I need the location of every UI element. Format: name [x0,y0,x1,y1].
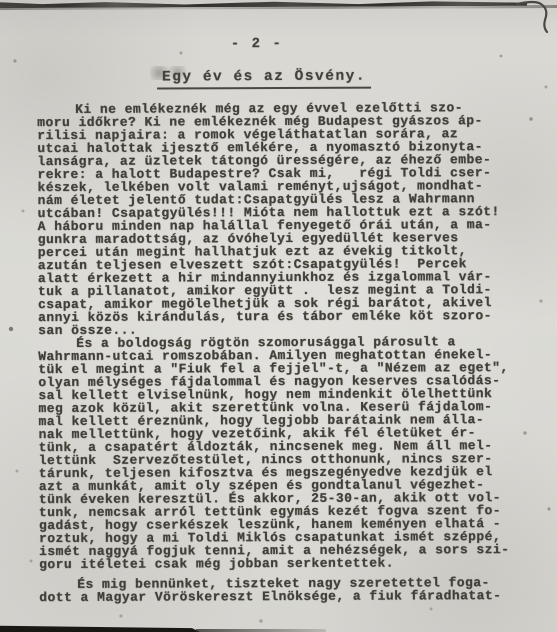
paragraph-2: És a boldogság rögtön szomorusággal páro… [38,335,519,571]
paragraph-3: És mig bennünket, tiszteket nagy szerete… [39,576,519,604]
page-number: - 2 - [37,35,477,53]
scan-speckles [0,0,2,2]
typewritten-content: - 2 - Egy év és az Ösvény. Ki ne emlékez… [37,0,520,604]
page-curl-mark [515,0,557,34]
paragraph-1: Ki ne emlékeznék még az egy évvel ezelőt… [37,101,518,337]
scan-bottom-edge-artifact [0,625,200,632]
page-title: Egy év és az Ösvény. [157,69,371,90]
scanned-page: - 2 - Egy év és az Ösvény. Ki ne emlékez… [0,0,557,632]
